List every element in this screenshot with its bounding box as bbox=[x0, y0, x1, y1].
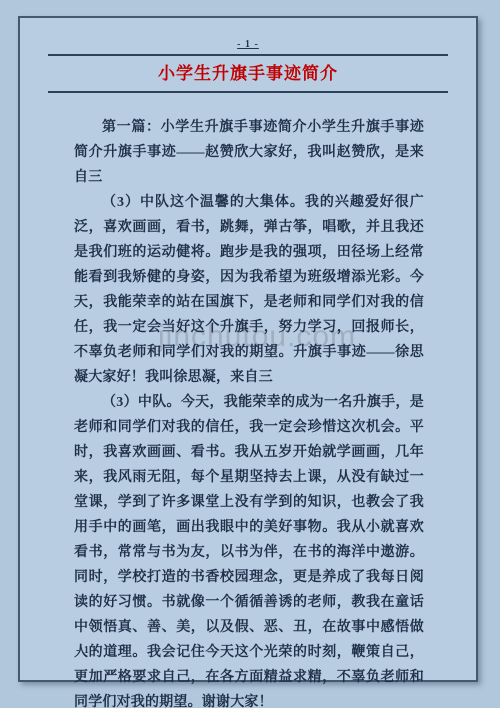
paragraph-1: 第一篇：小学生升旗手事迹简介小学生升旗手事迹简介升旗手事迹——赵赞欣大家好，我叫… bbox=[74, 115, 424, 190]
page-header: - 1 - bbox=[20, 34, 476, 52]
header-page-number: - 1 - bbox=[237, 39, 259, 50]
paragraph-3: （3）中队。今天，我能荣幸的成为一名升旗手，是老师和同学们对我的信任，我一定会珍… bbox=[74, 390, 424, 708]
document-background: - 1 - 小学生升旗手事迹简介 jinchutou.com 第一篇：小学生升旗… bbox=[0, 0, 500, 708]
document-page: - 1 - 小学生升旗手事迹简介 jinchutou.com 第一篇：小学生升旗… bbox=[18, 16, 478, 682]
header-divider-top bbox=[48, 54, 448, 56]
page-title: 小学生升旗手事迹简介 bbox=[20, 62, 476, 86]
paragraph-2: （3）中队这个温馨的大集体。我的兴趣爱好很广泛，喜欢画画，看书，跳舞，弹古筝，唱… bbox=[74, 190, 424, 390]
header-divider-bottom bbox=[48, 91, 448, 93]
document-body: 第一篇：小学生升旗手事迹简介小学生升旗手事迹简介升旗手事迹——赵赞欣大家好，我叫… bbox=[74, 115, 424, 708]
